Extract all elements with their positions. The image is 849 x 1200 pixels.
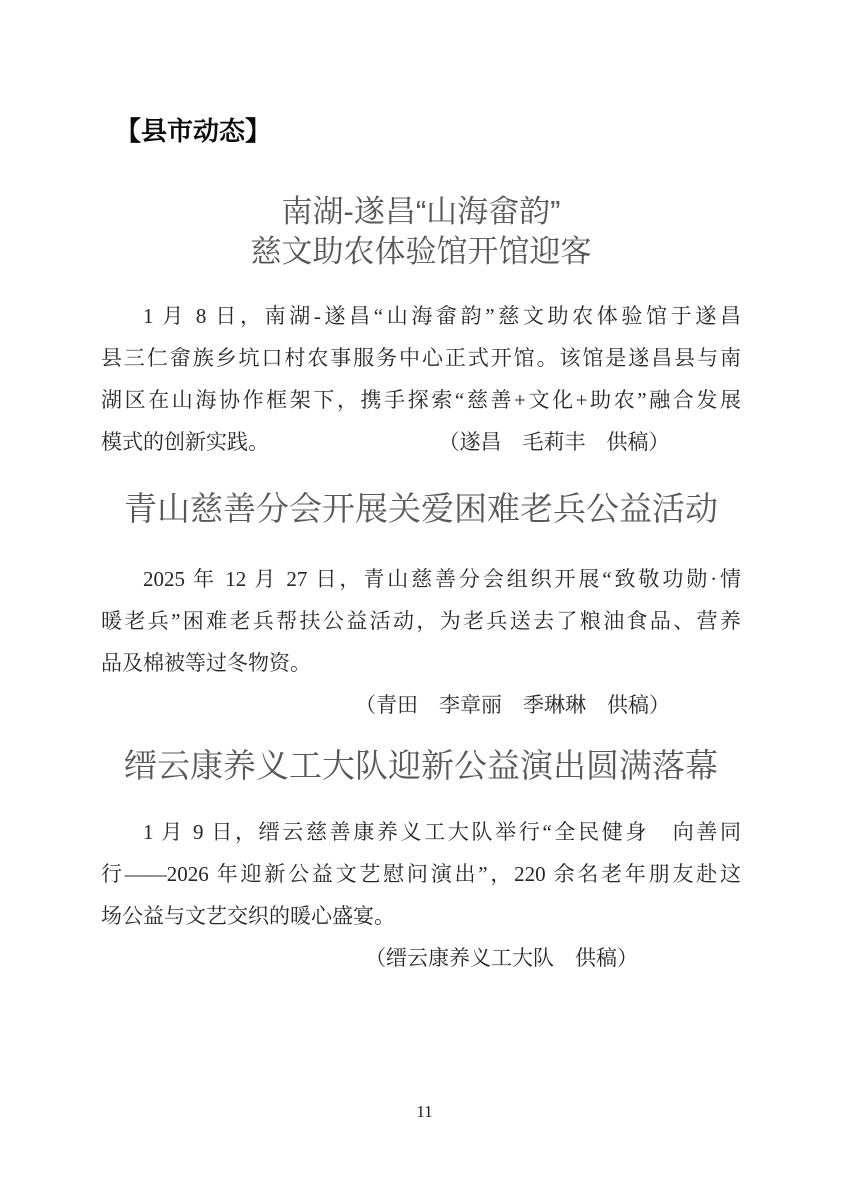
article-2: 青山慈善分会开展关爱困难老兵公益活动 2025 年 12 月 27 日，青山慈善… bbox=[101, 487, 741, 726]
page-content: 【县市动态】 南湖-遂昌“山海畲韵” 慈文助农体验馆开馆迎客 1 月 8 日，南… bbox=[101, 0, 741, 979]
body-line: 1 月 8 日，南湖-遂昌“山海畲韵”慈文助农体验馆于遂昌 bbox=[101, 295, 741, 337]
article-2-attribution: （青田 李章丽 季琳琳 供稿） bbox=[355, 684, 741, 726]
article-2-title: 青山慈善分会开展关爱困难老兵公益活动 bbox=[101, 487, 741, 531]
article-1-body: 1 月 8 日，南湖-遂昌“山海畲韵”慈文助农体验馆于遂昌 县三仁畲族乡坑口村农… bbox=[101, 295, 741, 463]
body-line: 品及棉被等过冬物资。 bbox=[101, 642, 741, 684]
body-line: 县三仁畲族乡坑口村农事服务中心正式开馆。该馆是遂昌县与南 bbox=[101, 337, 741, 379]
page-number: 11 bbox=[0, 1102, 849, 1122]
body-line-text: 模式的创新实践。 bbox=[101, 430, 269, 454]
article-3-attribution: （缙云康养义工大队 供稿） bbox=[365, 937, 741, 979]
article-1-title: 南湖-遂昌“山海畲韵” 慈文助农体验馆开馆迎客 bbox=[101, 192, 741, 272]
body-line: 行——2026 年迎新公益文艺慰问演出”，220 余名老年朋友赴这 bbox=[101, 853, 741, 895]
article-3-body: 1 月 9 日，缙云慈善康养义工大队举行“全民健身 向善同 行——2026 年迎… bbox=[101, 811, 741, 979]
body-line: 暖老兵”困难老兵帮扶公益活动，为老兵送去了粮油食品、营养 bbox=[101, 600, 741, 642]
body-line: 湖区在山海协作框架下，携手探索“慈善+文化+助农”融合发展 bbox=[101, 379, 741, 421]
body-line: 模式的创新实践。（遂昌 毛莉丰 供稿） bbox=[101, 421, 741, 463]
article-1-title-line-1: 南湖-遂昌“山海畲韵” bbox=[101, 192, 741, 232]
article-1-title-line-2: 慈文助农体验馆开馆迎客 bbox=[101, 232, 741, 272]
body-line: 场公益与文艺交织的暖心盛宴。 bbox=[101, 895, 741, 937]
article-2-body: 2025 年 12 月 27 日，青山慈善分会组织开展“致敬功勋·情 暖老兵”困… bbox=[101, 558, 741, 726]
body-line: 1 月 9 日，缙云慈善康养义工大队举行“全民健身 向善同 bbox=[101, 811, 741, 853]
article-1-attribution: （遂昌 毛莉丰 供稿） bbox=[449, 430, 670, 454]
article-3: 缙云康养义工大队迎新公益演出圆满落幕 1 月 9 日，缙云慈善康养义工大队举行“… bbox=[101, 744, 741, 979]
body-line: 2025 年 12 月 27 日，青山慈善分会组织开展“致敬功勋·情 bbox=[101, 558, 741, 600]
article-1: 南湖-遂昌“山海畲韵” 慈文助农体验馆开馆迎客 1 月 8 日，南湖-遂昌“山海… bbox=[101, 192, 741, 463]
article-3-title: 缙云康养义工大队迎新公益演出圆满落幕 bbox=[101, 744, 741, 788]
section-header: 【县市动态】 bbox=[115, 115, 741, 147]
